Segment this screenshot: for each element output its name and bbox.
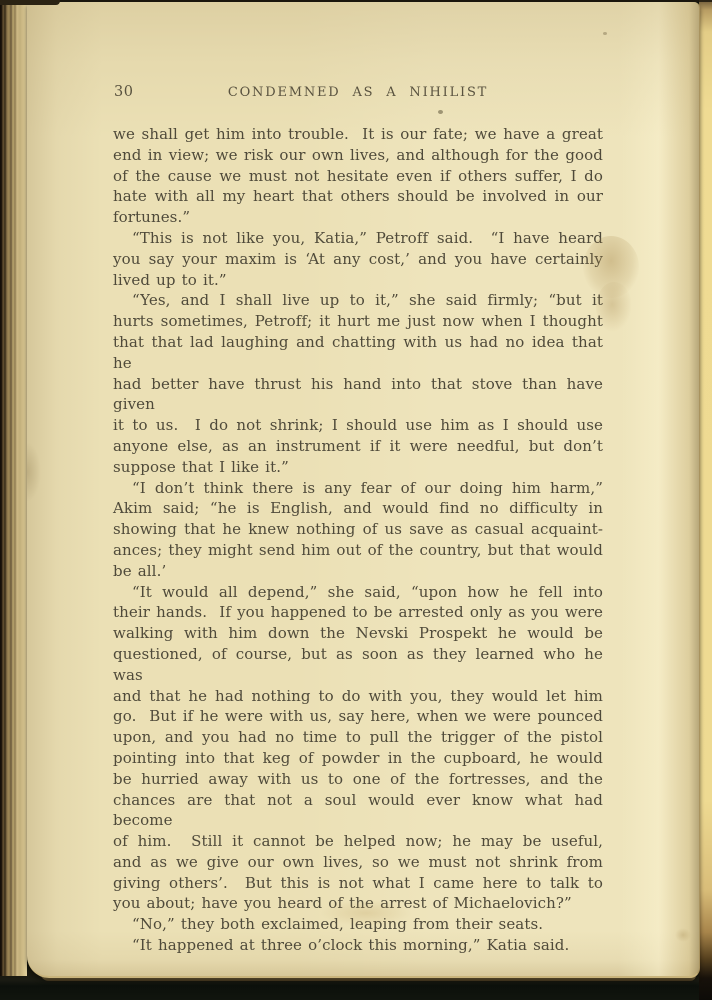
paper-stain xyxy=(675,928,691,942)
text-line: hurts sometimes, Petroff; it hurt me jus… xyxy=(113,311,603,332)
text-line: go. But if he were with us, say here, wh… xyxy=(113,706,603,727)
paragraph: “I don’t think there is any fear of our … xyxy=(113,478,603,582)
text-line: walking with him down the Nevski Prospek… xyxy=(113,623,603,644)
body-text: we shall get him into trouble. It is our… xyxy=(113,124,603,956)
text-line: their hands. If you happened to be arres… xyxy=(113,602,603,623)
running-title: CONDEMNED AS A NIHILIST xyxy=(113,84,603,100)
fore-edge-strip xyxy=(699,0,712,1000)
text-line: lived up to it.” xyxy=(113,270,603,291)
text-line: anyone else, as an instrument if it were… xyxy=(113,436,603,457)
paragraph: “It happened at three o’clock this morni… xyxy=(113,935,603,956)
paragraph: “This is not like you, Katia,” Petroff s… xyxy=(113,228,603,290)
text-line: questioned, of course, but as soon as th… xyxy=(113,644,603,686)
text-line: pointing into that keg of powder in the … xyxy=(113,748,603,769)
book-scan-photo: 30 CONDEMNED AS A NIHILIST we shall get … xyxy=(0,0,712,1000)
text-line: “Yes, and I shall live up to it,” she sa… xyxy=(113,290,603,311)
text-line: chances are that not a soul would ever k… xyxy=(113,790,603,832)
text-line: hate with all my heart that others shoul… xyxy=(113,186,603,207)
text-line: we shall get him into trouble. It is our… xyxy=(113,124,603,145)
text-line: giving others’. But this is not what I c… xyxy=(113,873,603,894)
top-page-edge xyxy=(0,0,712,2)
book-page: 30 CONDEMNED AS A NIHILIST we shall get … xyxy=(27,2,700,978)
paragraph: we shall get him into trouble. It is our… xyxy=(113,124,603,228)
paper-speck xyxy=(438,110,443,114)
text-line: it to us. I do not shrink; I should use … xyxy=(113,415,603,436)
text-line: end in view; we risk our own lives, and … xyxy=(113,145,603,166)
text-line: you about; have you heard of the arrest … xyxy=(113,893,603,914)
top-left-edge-shadow xyxy=(0,0,60,5)
text-line: and as we give our own lives, so we must… xyxy=(113,852,603,873)
text-line: “No,” they both exclaimed, leaping from … xyxy=(113,914,603,935)
text-line: “I don’t think there is any fear of our … xyxy=(113,478,603,499)
text-line: that that lad laughing and chatting with… xyxy=(113,332,603,374)
text-line: of him. Still it cannot be helped now; h… xyxy=(113,831,603,852)
gutter-shadow xyxy=(27,442,41,502)
paragraph: “Yes, and I shall live up to it,” she sa… xyxy=(113,290,603,477)
text-line: “This is not like you, Katia,” Petroff s… xyxy=(113,228,603,249)
paragraph: “It would all depend,” she said, “upon h… xyxy=(113,582,603,915)
text-line: of the cause we must not hesitate even i… xyxy=(113,166,603,187)
text-line: be all.’ xyxy=(113,561,603,582)
text-line: “It would all depend,” she said, “upon h… xyxy=(113,582,603,603)
text-line: be hurried away with us to one of the fo… xyxy=(113,769,603,790)
text-line: Akim said; “he is English, and would fin… xyxy=(113,498,603,519)
binding-page-stack-left xyxy=(0,0,27,976)
text-line: you say your maxim is ‘At any cost,’ and… xyxy=(113,249,603,270)
paper-speck xyxy=(603,32,607,35)
paragraph: “No,” they both exclaimed, leaping from … xyxy=(113,914,603,935)
text-line: had better have thrust his hand into tha… xyxy=(113,374,603,416)
page-header: 30 CONDEMNED AS A NIHILIST xyxy=(113,84,603,102)
text-line: upon, and you had no time to pull the tr… xyxy=(113,727,603,748)
text-line: and that he had nothing to do with you, … xyxy=(113,686,603,707)
text-line: suppose that I like it.” xyxy=(113,457,603,478)
page-number: 30 xyxy=(114,84,133,100)
text-line: showing that he knew nothing of us save … xyxy=(113,519,603,540)
text-line: fortunes.” xyxy=(113,207,603,228)
text-line: ances; they might send him out of the co… xyxy=(113,540,603,561)
text-line: “It happened at three o’clock this morni… xyxy=(113,935,603,956)
